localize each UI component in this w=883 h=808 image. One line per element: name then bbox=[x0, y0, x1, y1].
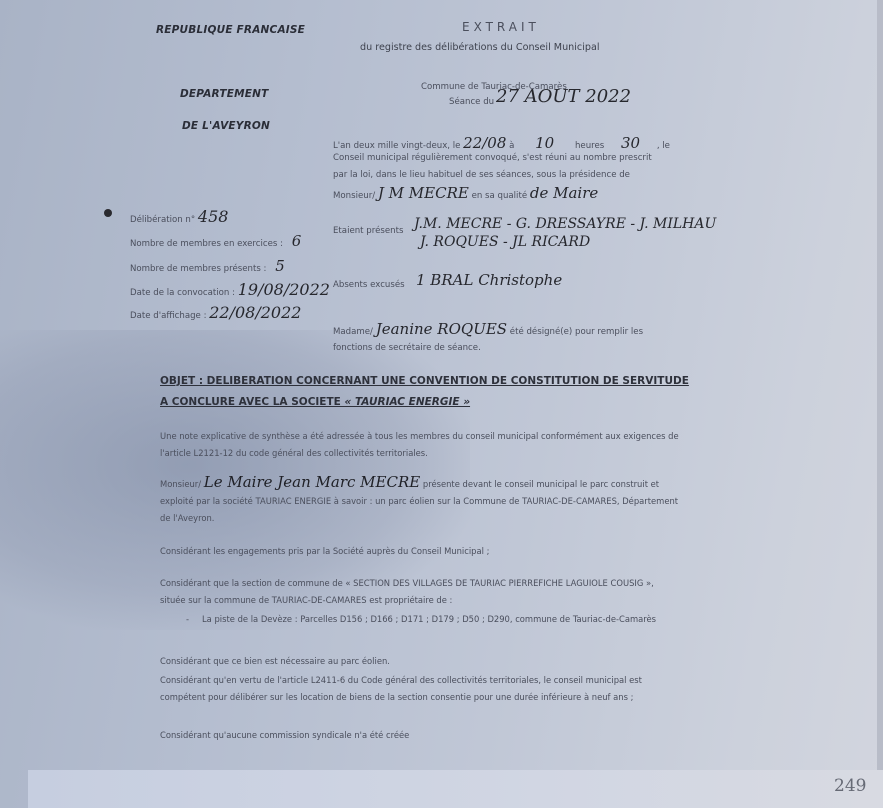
objet-line1: OBJET : DELIBERATION CONCERNANT UNE CONV… bbox=[160, 375, 689, 387]
presents-line1: J.M. MECRE - G. DRESSAYRE - J. MILHAU bbox=[414, 216, 716, 232]
registre-subtitle: du registre des délibérations du Conseil… bbox=[360, 42, 600, 53]
seance-label: Séance du bbox=[449, 97, 494, 107]
heures-label: heures bbox=[575, 141, 604, 151]
paper-edge bbox=[877, 0, 883, 808]
next-page-strip bbox=[28, 770, 883, 808]
intro-line2: Conseil municipal régulièrement convoqué… bbox=[333, 153, 652, 163]
objet-line2-prefix: A CONCLURE AVEC LA SOCIETE bbox=[160, 396, 344, 408]
intro-date: 22/08 bbox=[463, 134, 506, 152]
secretary-line1: Madame/ Jeanine ROQUES été désigné(e) po… bbox=[333, 320, 643, 338]
presents-label: Etaient présents bbox=[333, 226, 403, 236]
president-name: J M MECRE bbox=[378, 184, 469, 202]
objet-line2: A CONCLURE AVEC LA SOCIETE « TAURIAC ENE… bbox=[160, 396, 470, 408]
intro-line1: L'an deux mille vingt-deux, le 22/08 à 1… bbox=[333, 134, 670, 152]
deliberation-number-row: Délibération n° 458 bbox=[130, 207, 228, 226]
deliberation-label: Délibération n° bbox=[130, 215, 195, 225]
intro-hour: 10 bbox=[517, 134, 572, 152]
date-convocation-value: 19/08/2022 bbox=[238, 280, 330, 299]
presents-line2: J. ROQUES - JL RICARD bbox=[420, 234, 590, 250]
intro-suffix: , le bbox=[657, 141, 670, 151]
qualite-value: de Maire bbox=[530, 184, 598, 202]
p2-handwritten-name: Le Maire Jean Marc MECRE bbox=[204, 473, 420, 491]
membres-presents-label: Nombre de membres présents : bbox=[130, 264, 266, 274]
objet-company: « TAURIAC ENERGIE » bbox=[344, 396, 470, 408]
paragraph-bien: Considérant que ce bien est nécessaire a… bbox=[160, 653, 680, 670]
date-convocation-label: Date de la convocation : bbox=[130, 288, 235, 298]
page-number: 249 bbox=[834, 776, 866, 796]
membres-exercice-row: Nombre de membres en exercices : 6 bbox=[130, 232, 301, 250]
republique-francaise-heading: REPUBLIQUE FRANCAISE bbox=[156, 24, 305, 36]
intro-line4: Monsieur/ J M MECRE en sa qualité de Mai… bbox=[333, 184, 598, 202]
ink-blot-icon bbox=[104, 209, 112, 217]
absents-value: 1 BRAL Christophe bbox=[416, 271, 562, 289]
paragraph-section: Considérant que la section de commune de… bbox=[160, 575, 680, 609]
membres-exercice-value: 6 bbox=[286, 232, 302, 250]
deliberation-number: 458 bbox=[198, 207, 229, 226]
qualite-label: en sa qualité bbox=[472, 191, 528, 201]
a-label: à bbox=[509, 141, 514, 151]
monsieur-label: Monsieur/ bbox=[333, 191, 375, 201]
date-convocation-row: Date de la convocation : 19/08/2022 bbox=[130, 280, 330, 299]
membres-exercice-label: Nombre de membres en exercices : bbox=[130, 239, 283, 249]
absents-label: Absents excusés bbox=[333, 280, 405, 290]
extrait-title: EXTRAIT bbox=[462, 20, 540, 34]
madame-label: Madame/ bbox=[333, 327, 373, 337]
departement-name: DE L'AVEYRON bbox=[182, 120, 270, 132]
date-affichage-value: 22/08/2022 bbox=[209, 303, 301, 322]
secretary-line2: fonctions de secrétaire de séance. bbox=[333, 343, 481, 353]
date-affichage-row: Date d'affichage : 22/08/2022 bbox=[130, 303, 301, 322]
departement-label: DEPARTEMENT bbox=[180, 88, 268, 100]
paragraph-commission: Considérant qu'aucune commission syndica… bbox=[160, 727, 680, 744]
intro-line3: par la loi, dans le lieu habituel de ses… bbox=[333, 170, 630, 180]
paragraph-engagements: Considérant les engagements pris par la … bbox=[160, 543, 680, 560]
secretary-name: Jeanine ROQUES bbox=[376, 320, 507, 338]
secretary-suffix: été désigné(e) pour remplir les bbox=[510, 327, 643, 337]
paragraph-presentation: Monsieur/ Le Maire Jean Marc MECRE prése… bbox=[160, 474, 680, 527]
intro-minutes: 30 bbox=[607, 134, 654, 152]
paragraph-article: Considérant qu'en vertu de l'article L24… bbox=[160, 672, 680, 706]
seance-date: 27 AOUT 2022 bbox=[496, 86, 631, 107]
intro-prefix: L'an deux mille vingt-deux, le bbox=[333, 141, 460, 151]
membres-presents-value: 5 bbox=[269, 257, 285, 275]
p2-monsieur-label: Monsieur/ bbox=[160, 479, 201, 489]
bullet-parcelles: La piste de la Devèze : Parcelles D156 ;… bbox=[202, 611, 672, 628]
bullet-marker: - bbox=[186, 611, 196, 628]
membres-presents-row: Nombre de membres présents : 5 bbox=[130, 257, 285, 275]
paragraph-note: Une note explicative de synthèse a été a… bbox=[160, 428, 680, 462]
date-affichage-label: Date d'affichage : bbox=[130, 311, 206, 321]
